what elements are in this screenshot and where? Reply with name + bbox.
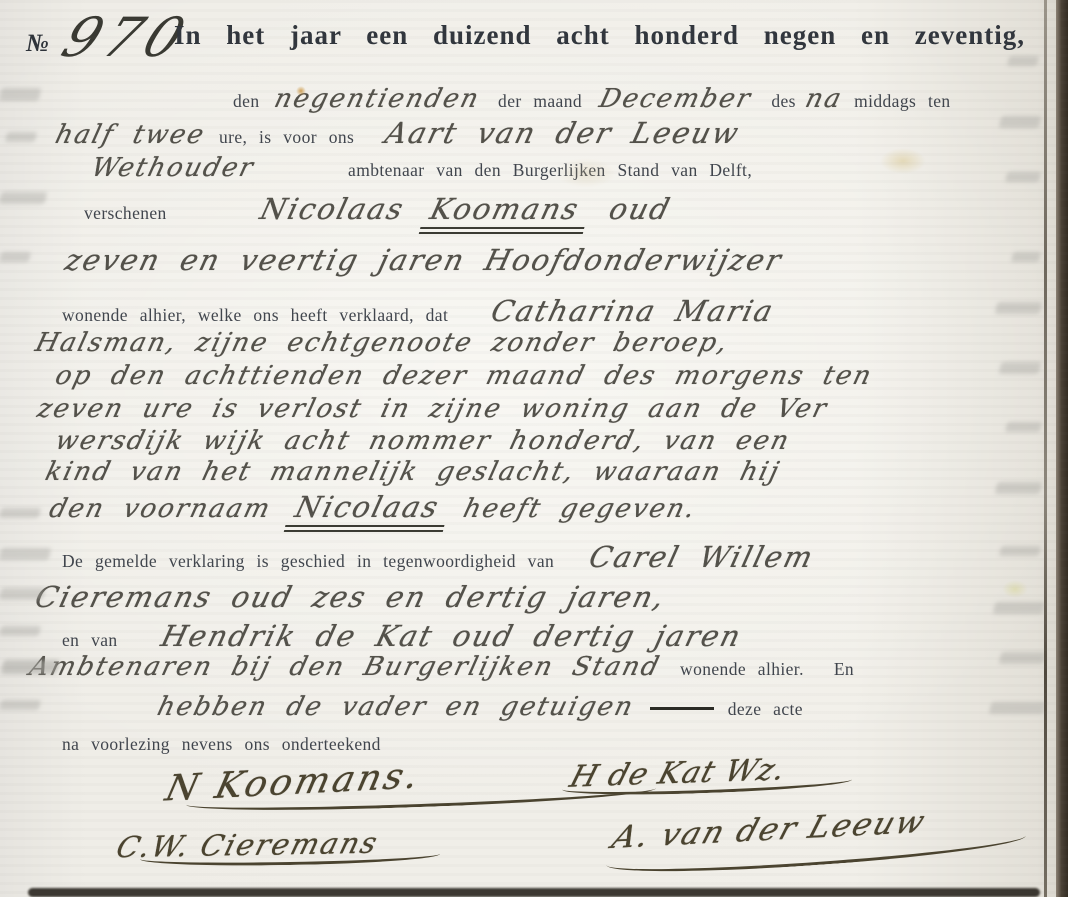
bleed-through-mark	[0, 192, 47, 204]
bleed-through-mark	[0, 508, 41, 518]
handwritten-mother-name: Catharina Maria	[488, 294, 778, 328]
page-edge-shadow-bottom	[28, 888, 1040, 897]
body-line: zeven ure is verlost in zijne woning aan…	[34, 394, 831, 424]
handwritten-text: hebben de vader en getuigen	[154, 692, 637, 722]
bleed-through-mark	[5, 132, 37, 142]
bleed-through-mark	[999, 362, 1042, 374]
time-line: half twee ure, is voor ons Aart van der …	[56, 116, 740, 150]
handwritten-witness2-name: Hendrik de Kat oud dertig jaren	[157, 619, 745, 653]
paper-stain	[880, 148, 926, 174]
handwritten-text: na	[802, 84, 846, 114]
bleed-through-mark	[1007, 56, 1039, 66]
closing-line: hebben de vader en getuigen deze acte	[158, 692, 803, 722]
bleed-through-mark	[1005, 422, 1042, 432]
handwritten-text: oud	[606, 192, 675, 226]
date-line: den negentienden der maand December des …	[233, 84, 951, 114]
handwritten-first-name: Nicolaas	[256, 192, 408, 226]
paper-stain	[556, 158, 616, 188]
bleed-through-mark	[0, 548, 51, 560]
handwritten-month: December	[596, 84, 755, 114]
paper-stain	[1002, 580, 1028, 598]
bleed-through-mark	[999, 652, 1047, 664]
bleed-through-mark	[0, 252, 31, 262]
bleed-through-mark	[1011, 252, 1041, 262]
bleed-through-mark	[995, 482, 1043, 494]
age-profession-line: zeven en veertig jaren Hoofdonderwijzer	[62, 243, 787, 277]
printed-text: deze acte	[728, 699, 803, 720]
printed-text: den	[233, 91, 259, 112]
printed-text: des	[771, 91, 796, 112]
paper-stain	[296, 86, 306, 96]
bleed-through-mark	[0, 88, 41, 101]
witness-intro-line: De gemelde verklaring is geschied in teg…	[62, 540, 814, 574]
handwritten-title: Wethouder	[88, 153, 258, 183]
filler-dash	[650, 707, 714, 710]
body-line: Halsman, zijne echtgenoote zonder beroep…	[32, 328, 732, 358]
closing-printed-line: na voorlezing nevens ons onderteekend	[62, 734, 381, 755]
handwritten-text: heeft gegeven.	[460, 494, 699, 524]
printed-text: En	[834, 659, 854, 680]
bleed-through-mark	[999, 116, 1042, 128]
printed-text: wonende alhier, welke ons heeft verklaar…	[62, 305, 448, 326]
printed-text: middags ten	[854, 91, 950, 112]
screenshot-root: { "palette": { "paper": "#efede7", "prin…	[0, 0, 1068, 897]
handwritten-witness1-first: Carel Willem	[586, 540, 818, 574]
printed-text: en van	[62, 630, 118, 651]
witness-profession-line: Ambtenaren bij den Burgerlijken Stand wo…	[30, 652, 854, 682]
handwritten-official-name: Aart van der Leeuw	[382, 116, 744, 150]
printed-text: ambtenaar van den Burgerlijken Stand van…	[348, 160, 752, 181]
opening-line: In het jaar een duizend acht honderd neg…	[174, 20, 1025, 51]
printed-text: der maand	[498, 91, 582, 112]
official-title-line: Wethouder ambtenaar van den Burgerlijken…	[92, 153, 752, 183]
child-name-line: den voornaam Nicolaas heeft gegeven.	[50, 490, 696, 532]
bleed-through-mark	[0, 626, 41, 636]
body-line: kind van het mannelijk geslacht, waaraan…	[42, 457, 783, 487]
document-scan: № 970 In het jaar een duizend acht honde…	[0, 0, 1068, 897]
bleed-through-mark	[995, 302, 1043, 314]
handwritten-text: den voornaam	[46, 494, 274, 524]
bleed-through-mark	[0, 700, 41, 710]
bleed-through-mark	[1, 660, 60, 674]
handwritten-child-name-underlined: Nicolaas	[284, 490, 454, 532]
handwritten-surname-underlined: Koomans	[419, 192, 594, 234]
bleed-through-mark	[993, 602, 1046, 614]
declarant-line: verschenen Nicolaas Koomans oud	[84, 192, 671, 234]
witness2-line: en van Hendrik de Kat oud dertig jaren	[62, 619, 741, 653]
printed-text: ure, is voor ons	[219, 127, 354, 148]
handwritten-time: half twee	[52, 120, 208, 150]
bleed-through-mark	[989, 702, 1047, 714]
body-line: wersdijk wijk acht nommer honderd, van e…	[52, 426, 793, 456]
bleed-through-mark	[0, 588, 45, 600]
witness1-line: Cieremans oud zes en dertig jaren,	[32, 580, 670, 614]
bleed-through-mark	[1005, 172, 1041, 182]
page-edge-right	[1056, 0, 1068, 897]
printed-text: wonende alhier.	[680, 659, 804, 680]
mother-intro-line: wonende alhier, welke ons heeft verklaar…	[62, 294, 774, 328]
handwritten-text: Ambtenaren bij den Burgerlijken Stand	[26, 652, 664, 682]
bleed-through-mark	[999, 546, 1041, 556]
binding-line	[1044, 0, 1047, 897]
record-number-label: №	[26, 30, 48, 58]
printed-text: verschenen	[84, 203, 167, 224]
body-line: op den achttienden dezer maand des morge…	[52, 361, 876, 391]
printed-text: De gemelde verklaring is geschied in teg…	[62, 551, 554, 572]
